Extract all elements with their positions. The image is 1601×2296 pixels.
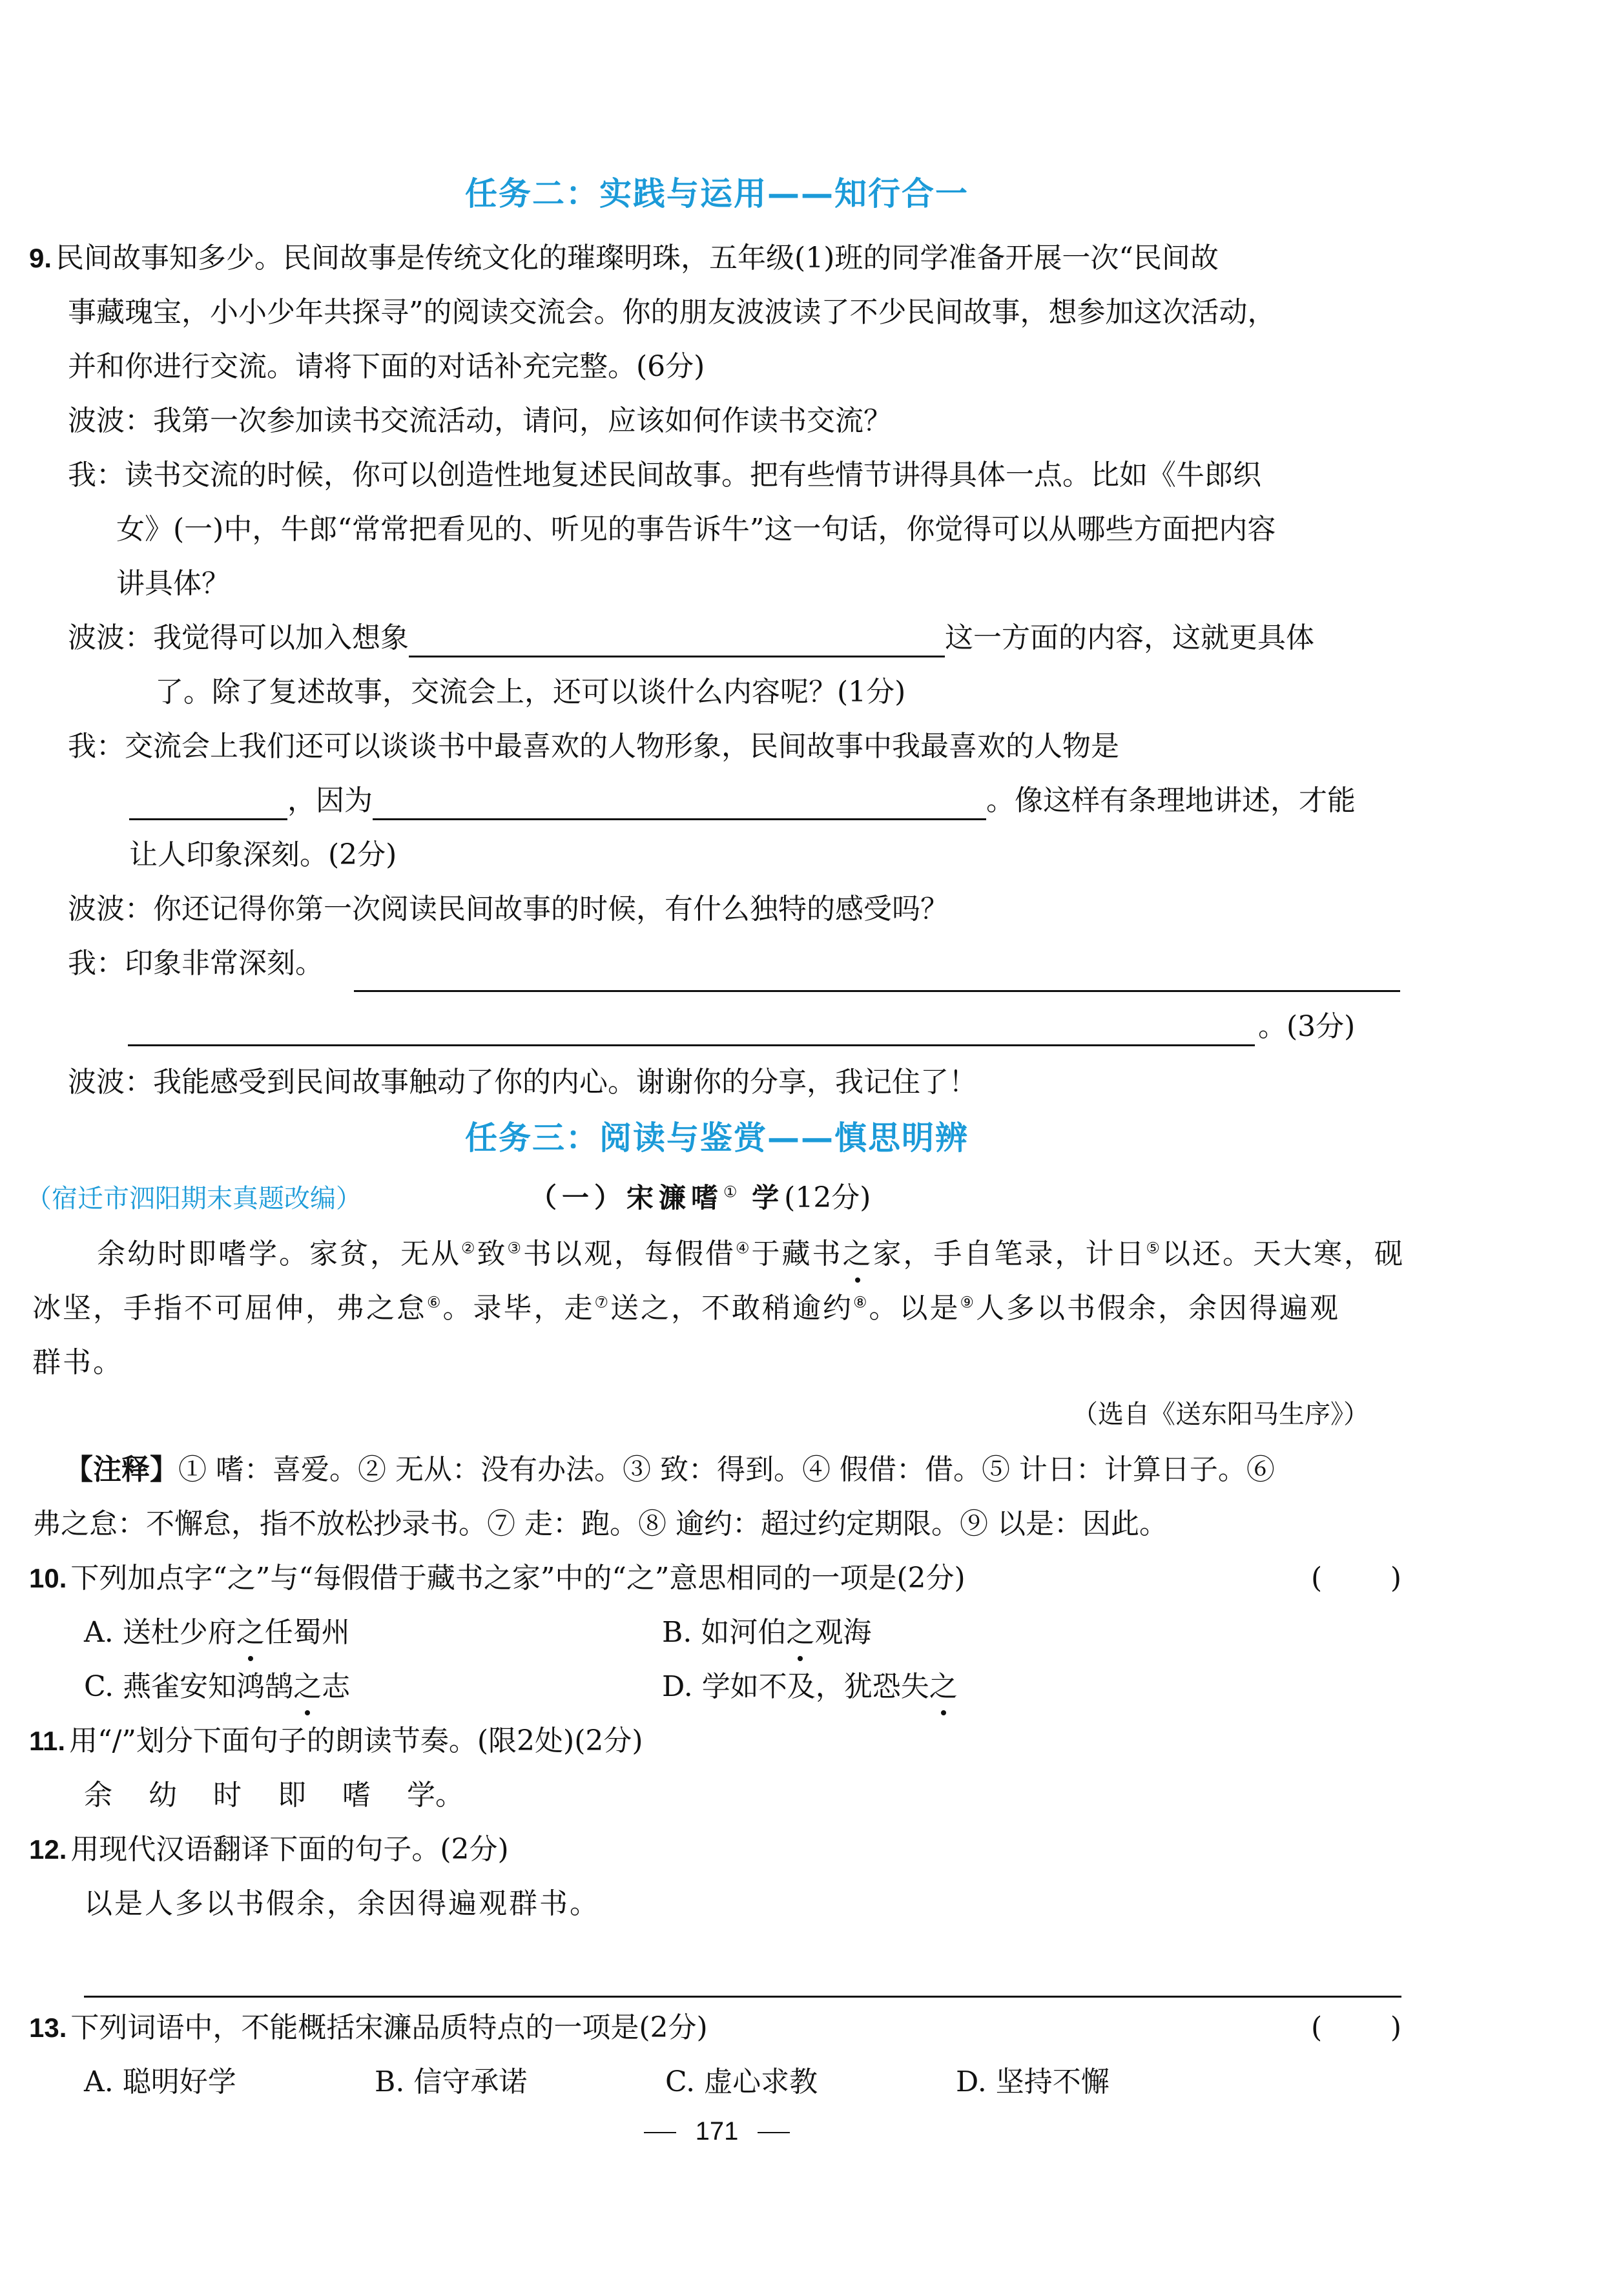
emphasis-char: 之 [843, 1235, 873, 1274]
dialog-me-2-line-1: 我：交流会上我们还可以谈谈书中最喜欢的人物形象，民间故事中我最喜欢的人物是 [68, 727, 1119, 766]
answer-line-feeling-1[interactable] [354, 990, 1400, 992]
notes-line-2: 弗之怠：不懈怠，指不放松抄录书。⑦ 走：跑。⑧ 逾约：超过约定期限。⑨ 以是：因… [32, 1505, 1168, 1544]
question-number: 10. [29, 1563, 67, 1593]
question-9-line-3: 并和你进行交流。请将下面的对话补充完整。(6分) [68, 347, 705, 386]
answer-line-translation[interactable] [84, 1996, 1401, 1998]
question-number: 9. [29, 243, 52, 273]
notes-line-1: 【注释】① 嗜：喜爱。② 无从：没有办法。③ 致：得到。④ 假借：借。⑤ 计日：… [65, 1451, 1275, 1489]
question-text: 民间故事知多少。民间故事是传统文化的璀璨明珠，五年级(1)班的同学准备开展一次“… [56, 242, 1219, 274]
question-text: 下列加点字“之”与“每假借于藏书之家”中的“之”意思相同的一项是(2分) [70, 1562, 965, 1595]
source-tag: （宿迁市泗阳期末真题改编） [26, 1184, 362, 1214]
dialog-bobo-4: 波波：我能感受到民间故事触动了你的内心。谢谢你的分享，我记住了！ [68, 1063, 977, 1102]
speaker: 波波 [68, 404, 125, 437]
question-text: 用现代汉语翻译下面的句子。(2分) [70, 1833, 508, 1866]
answer-blank-reason[interactable] [373, 789, 986, 820]
question-text: 用“/”划分下面句子的朗读节奏。(限2处)(2分) [69, 1724, 643, 1757]
question-9-line-1: 9.民间故事知多少。民间故事是传统文化的璀璨明珠，五年级(1)班的同学准备开展一… [29, 239, 1219, 278]
citation: （选自《送东阳马生序》） [1072, 1395, 1369, 1434]
dialog-text: ，因为 [287, 784, 373, 817]
dialog-text: 你还记得你第一次阅读民间故事的时候，有什么独特的感受吗？ [153, 893, 949, 926]
speaker: 波波 [68, 621, 125, 654]
dialog-text: 读书交流的时候，你可以创造性地复述民间故事。把有些情节讲得具体一点。比如《牛郎织 [125, 459, 1261, 491]
q13-option-d[interactable]: D. 坚持不懈 [956, 2063, 1110, 2102]
section-heading-task2: 任务二：实践与运用——知行合一 [0, 171, 1434, 216]
dialog-bobo-2-line-2: 了。除了复述故事，交流会上，还可以谈什么内容呢？(1分) [155, 673, 905, 712]
notes-text: ① 嗜：喜爱。② 无从：没有办法。③ 致：得到。④ 假借：借。⑤ 计日：计算日子… [178, 1453, 1275, 1486]
answer-blank-imagination[interactable] [409, 626, 945, 657]
emphasis-char: 之 [786, 1613, 814, 1652]
dialog-text: 交流会上我们还可以谈谈书中最喜欢的人物形象，民间故事中我最喜欢的人物是 [125, 730, 1119, 763]
translate-sentence: 以是人多以书假余，余因得遍观群书。 [84, 1885, 600, 1923]
option-b[interactable]: B. 如河伯之观海 [662, 1613, 871, 1652]
score-label: 。(3分) [1258, 1008, 1355, 1046]
answer-box-q13[interactable]: () [1311, 2009, 1401, 2047]
page-number: 171 [0, 2112, 1434, 2151]
dialog-text: 这一方面的内容，这就更具体 [945, 621, 1314, 654]
q13-option-b[interactable]: B. 信守承诺 [375, 2063, 527, 2102]
answer-blank-character[interactable] [129, 789, 287, 820]
question-11: 11.用“/”划分下面句子的朗读节奏。(限2处)(2分) [29, 1722, 643, 1761]
q13-option-c[interactable]: C. 虚心求教 [665, 2063, 818, 2102]
answer-box-q10[interactable]: () [1311, 1559, 1401, 1598]
dialog-text: 我觉得可以加入想象 [153, 621, 409, 654]
dialog-text: 我能感受到民间故事触动了你的内心。谢谢你的分享，我记住了！ [153, 1066, 977, 1099]
dash-decoration [644, 2132, 676, 2133]
emphasis-char: 之 [236, 1613, 265, 1652]
title-text: （一）宋濂嗜 [530, 1182, 723, 1214]
dialog-text: 。像这样有条理地讲述，才能 [986, 784, 1356, 817]
q13-option-a[interactable]: A. 聪明好学 [84, 2063, 236, 2102]
dialog-me-3-line-1: 我：印象非常深刻。 [68, 944, 324, 983]
dialog-me-1-line-3: 讲具体？ [116, 564, 230, 603]
option-c[interactable]: C. 燕雀安知鸿鹄之志 [84, 1668, 350, 1706]
question-13: 13.下列词语中，不能概括宋濂品质特点的一项是(2分) [29, 2009, 708, 2047]
dialog-bobo-3: 波波：你还记得你第一次阅读民间故事的时候，有什么独特的感受吗？ [68, 890, 949, 929]
passage-line-3: 群书。 [32, 1343, 123, 1382]
passage-line-2: 冰坚，手指不可屈伸，弗之怠⑥。录毕，走⑦送之，不敢稍逾约⑧。以是⑨人多以书假余，… [32, 1289, 1340, 1328]
title-text: 学 [738, 1182, 785, 1214]
dialog-me-1-line-2: 女》(一)中，牛郎“常常把看见的、听见的事告诉牛”这一句话，你觉得可以从哪些方面… [116, 510, 1276, 549]
rhythm-sentence[interactable]: 余幼时即嗜学。 [84, 1776, 471, 1815]
question-text: 下列词语中，不能概括宋濂品质特点的一项是(2分) [70, 2011, 707, 2044]
dialog-text: 我第一次参加读书交流活动，请问，应该如何作读书交流？ [153, 404, 892, 437]
notes-heading: 【注释】 [65, 1453, 178, 1486]
question-10: 10.下列加点字“之”与“每假借于藏书之家”中的“之”意思相同的一项是(2分) [29, 1559, 966, 1598]
passage-line-1: 余幼时即嗜学。家贫，无从②致③书以观，每假借④于藏书之家，手自笔录，计日⑤以还。… [97, 1235, 1405, 1274]
question-12: 12.用现代汉语翻译下面的句子。(2分) [29, 1830, 509, 1869]
passage-title: （一）宋濂嗜① 学(12分) [530, 1179, 871, 1217]
dialog-me-2-line-2: ，因为。像这样有条理地讲述，才能 [129, 781, 1356, 820]
answer-line-feeling-2[interactable] [128, 1044, 1255, 1046]
question-number: 13. [29, 2012, 67, 2043]
dialog-me-1-line-1: 我：读书交流的时候，你可以创造性地复述民间故事。把有些情节讲得具体一点。比如《牛… [68, 456, 1261, 495]
speaker: 我 [68, 459, 96, 491]
question-number: 12. [29, 1834, 67, 1865]
passage-header: （宿迁市泗阳期末真题改编） [26, 1179, 362, 1218]
emphasis-char: 之 [929, 1668, 958, 1706]
speaker: 我 [68, 730, 96, 763]
dialog-text: 印象非常深刻。 [125, 947, 324, 980]
footnote-ref: ① [723, 1183, 738, 1201]
emphasis-char: 之 [293, 1668, 322, 1706]
option-a[interactable]: A. 送杜少府之任蜀州 [84, 1613, 350, 1652]
option-d[interactable]: D. 学如不及，犹恐失之 [662, 1668, 958, 1706]
question-9-line-2: 事藏瑰宝，小小少年共探寻”的阅读交流会。你的朋友波波读了不少民间故事，想参加这次… [68, 293, 1276, 332]
speaker: 波波 [68, 1066, 125, 1099]
speaker: 波波 [68, 893, 125, 926]
section-heading-task3: 任务三：阅读与鉴赏——慎思明辨 [0, 1115, 1434, 1161]
speaker: 我 [68, 947, 96, 980]
dialog-bobo-1: 波波：我第一次参加读书交流活动，请问，应该如何作读书交流？ [68, 402, 892, 440]
dialog-me-2-line-3: 让人印象深刻。(2分) [129, 836, 397, 874]
dash-decoration [758, 2132, 790, 2133]
question-number: 11. [29, 1726, 65, 1756]
dialog-bobo-2-line-1: 波波：我觉得可以加入想象这一方面的内容，这就更具体 [68, 619, 1314, 657]
score-label: (12分) [784, 1181, 871, 1214]
